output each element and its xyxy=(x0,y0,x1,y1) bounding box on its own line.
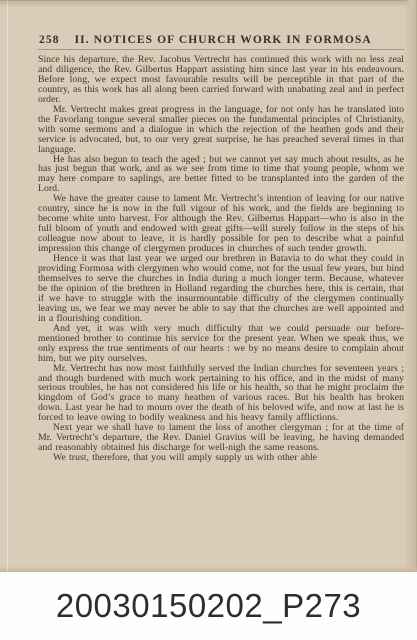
paragraph: Since his departure, the Rev. Jacobus Ve… xyxy=(38,55,404,105)
body-text: Since his departure, the Rev. Jacobus Ve… xyxy=(38,55,404,463)
paragraph: And yet, it was with very much difficult… xyxy=(38,324,404,364)
archival-id-label: 20030150202_P273 xyxy=(56,587,361,625)
page-right-edge xyxy=(404,0,417,572)
paragraph: Next year we shall have to lament the lo… xyxy=(38,423,404,453)
paragraph: We trust, therefore, that you will amply… xyxy=(38,453,404,463)
paragraph: Hence it was that last year we urged our… xyxy=(38,254,404,324)
paragraph: Mr. Vertrecht has now most faithfully se… xyxy=(38,364,404,424)
page-left-edge xyxy=(7,0,8,572)
scanned-page-view: 258 II. NOTICES OF CHURCH WORK IN FORMOS… xyxy=(0,0,417,640)
paragraph: He has also begun to teach the aged ; bu… xyxy=(38,155,404,195)
page-top-edge xyxy=(0,0,417,8)
paragraph: We have the greater cause to lament Mr. … xyxy=(38,194,404,254)
paragraph: Mr. Vertrecht makes great progress in th… xyxy=(38,105,404,155)
header-rule xyxy=(38,49,404,50)
chapter-title: II. NOTICES OF CHURCH WORK IN FORMOSA xyxy=(75,34,372,46)
book-page: 258 II. NOTICES OF CHURCH WORK IN FORMOS… xyxy=(0,0,417,572)
page-content: 258 II. NOTICES OF CHURCH WORK IN FORMOS… xyxy=(38,34,404,463)
page-number: 258 xyxy=(38,34,60,46)
running-header: 258 II. NOTICES OF CHURCH WORK IN FORMOS… xyxy=(38,34,404,46)
archival-label-bar: 20030150202_P273 xyxy=(0,572,417,640)
